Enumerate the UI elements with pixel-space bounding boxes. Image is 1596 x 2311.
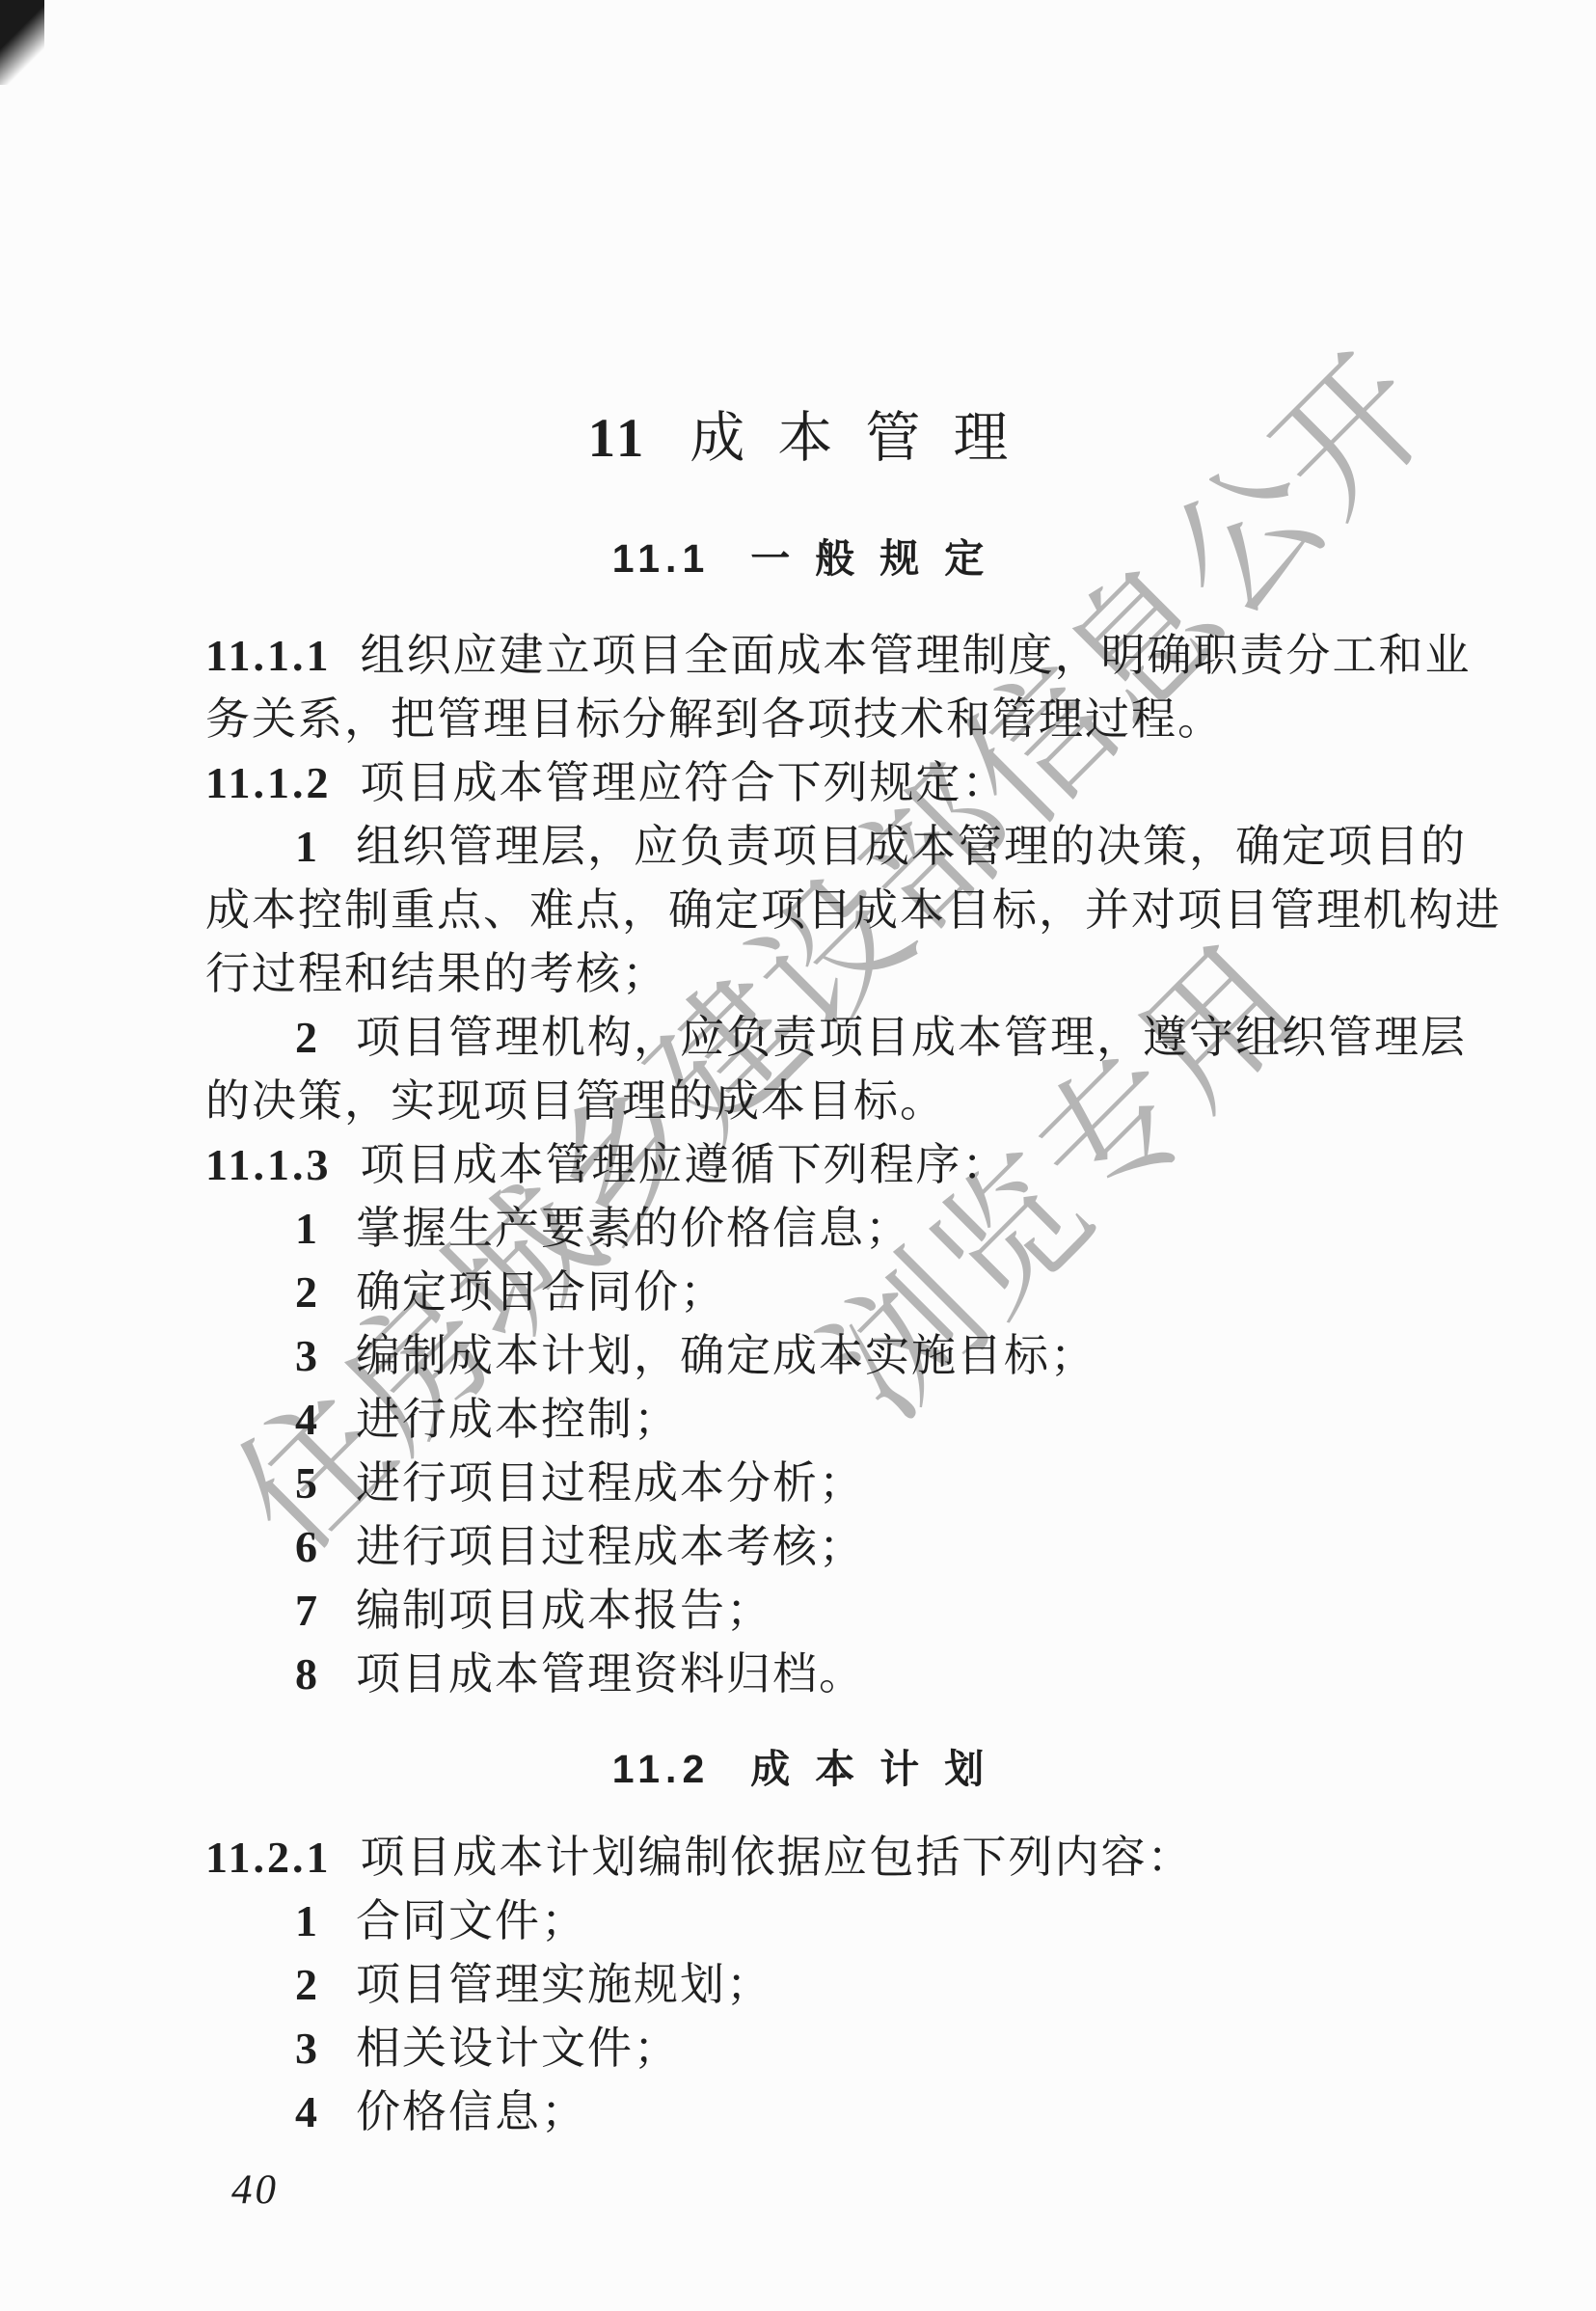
chapter-title-text: 成本管理 [690, 408, 1041, 469]
list-item-line: 4价格信息； [205, 2080, 1596, 2144]
item-number: 3 [295, 1331, 319, 1380]
scan-artifact [0, 0, 44, 85]
item-text: 组织管理层，应负责项目成本管理的决策，确定项目的 [356, 822, 1467, 871]
list-item-line: 7编制项目成本报告； [205, 1579, 1596, 1643]
list-item-line: 2项目管理机构，应负责项目成本管理，遵守组织管理层 [205, 1006, 1596, 1070]
item-text: 项目管理实施规划； [356, 1960, 772, 2009]
clause-line: 11.1.3项目成本管理应遵循下列程序： [205, 1133, 1596, 1197]
item-text: 项目管理机构，应负责项目成本管理，遵守组织管理层 [356, 1013, 1467, 1062]
clause-number: 11.2.1 [205, 1833, 331, 1882]
item-text: 的决策，实现项目管理的成本目标。 [205, 1076, 946, 1126]
list-item-line: 1掌握生产要素的价格信息； [205, 1197, 1596, 1261]
clause-line: 11.1.2项目成本管理应符合下列规定： [205, 751, 1596, 815]
list-item-line: 3编制成本计划，确定成本实施目标； [205, 1324, 1596, 1388]
list-item-line: 4进行成本控制； [205, 1388, 1596, 1452]
item-number: 8 [295, 1649, 319, 1699]
list-item-line: 5进行项目过程成本分析； [205, 1452, 1596, 1515]
body-text-block-1: 11.1.1组织应建立项目全面成本管理制度，明确职责分工和业 务关系，把管理目标… [205, 624, 1596, 1706]
section-title-text: 一般规定 [750, 536, 1009, 581]
item-text: 相关设计文件； [356, 2024, 680, 2073]
item-text: 编制成本计划，确定成本实施目标； [356, 1331, 1096, 1380]
list-item-line: 6进行项目过程成本考核； [205, 1515, 1596, 1579]
clause-line: 11.1.1组织应建立项目全面成本管理制度，明确职责分工和业 [205, 624, 1596, 688]
section-number: 11.2 [612, 1747, 711, 1791]
item-text: 项目成本管理资料归档。 [356, 1649, 865, 1699]
document-page: 住房城乡建设部信息公开 浏览专用 11成本管理 11.1一般规定 11.1.1组… [0, 0, 1596, 2311]
list-item-line: 8项目成本管理资料归档。 [205, 1643, 1596, 1706]
clause-text: 组织应建立项目全面成本管理制度，明确职责分工和业 [360, 631, 1471, 680]
item-text: 进行项目过程成本考核； [356, 1522, 865, 1571]
section-heading-11-1: 11.1一般规定 [0, 527, 1596, 584]
item-text: 确定项目合同价； [356, 1267, 726, 1317]
section-title-text: 成本计划 [750, 1747, 1009, 1791]
item-number: 2 [295, 1960, 319, 2009]
text-line: 行过程和结果的考核； [205, 942, 1596, 1006]
list-item-line: 2项目管理实施规划； [205, 1953, 1596, 2017]
text-line: 的决策，实现项目管理的成本目标。 [205, 1070, 1596, 1133]
item-number: 5 [295, 1458, 319, 1508]
page-number: 40 [231, 2166, 279, 2214]
list-item-line: 1组织管理层，应负责项目成本管理的决策，确定项目的 [205, 815, 1596, 879]
item-text: 进行项目过程成本分析； [356, 1458, 865, 1508]
item-number: 7 [295, 1586, 319, 1635]
list-item-line: 2确定项目合同价； [205, 1261, 1596, 1324]
chapter-title: 11成本管理 [0, 394, 1596, 473]
section-heading-11-2: 11.2成本计划 [0, 1737, 1596, 1794]
body-text-block-2: 11.2.1项目成本计划编制依据应包括下列内容： 1合同文件； 2项目管理实施规… [205, 1826, 1596, 2144]
item-number: 1 [295, 1204, 319, 1253]
item-text: 编制项目成本报告； [356, 1586, 772, 1635]
list-item-line: 1合同文件； [205, 1890, 1596, 1953]
clause-number: 11.1.3 [205, 1140, 331, 1189]
item-text: 合同文件； [356, 1896, 587, 1945]
item-number: 1 [295, 822, 319, 871]
item-text: 成本控制重点、难点，确定项目成本目标，并对项目管理机构进 [205, 885, 1501, 935]
text-line: 成本控制重点、难点，确定项目成本目标，并对项目管理机构进 [205, 879, 1596, 942]
clause-number: 11.1.1 [205, 631, 331, 680]
clause-text: 务关系，把管理目标分解到各项技术和管理过程。 [205, 694, 1224, 744]
item-text: 进行成本控制； [356, 1395, 680, 1444]
clause-line: 11.2.1项目成本计划编制依据应包括下列内容： [205, 1826, 1596, 1890]
clause-text: 项目成本计划编制依据应包括下列内容： [360, 1833, 1193, 1882]
item-number: 4 [295, 2087, 319, 2136]
item-number: 1 [295, 1896, 319, 1945]
clause-number: 11.1.2 [205, 758, 331, 807]
item-number: 2 [295, 1013, 319, 1062]
item-text: 掌握生产要素的价格信息； [356, 1204, 911, 1253]
item-number: 4 [295, 1395, 319, 1444]
item-text: 价格信息； [356, 2087, 587, 2136]
item-number: 6 [295, 1522, 319, 1571]
clause-text: 项目成本管理应遵循下列程序： [360, 1140, 1008, 1189]
section-number: 11.1 [612, 536, 711, 581]
item-number: 3 [295, 2024, 319, 2073]
chapter-number: 11 [588, 408, 648, 469]
item-number: 2 [295, 1267, 319, 1317]
item-text: 行过程和结果的考核； [205, 949, 668, 998]
list-item-line: 3相关设计文件； [205, 2017, 1596, 2080]
clause-text: 项目成本管理应符合下列规定： [360, 758, 1008, 807]
text-line: 务关系，把管理目标分解到各项技术和管理过程。 [205, 688, 1596, 751]
